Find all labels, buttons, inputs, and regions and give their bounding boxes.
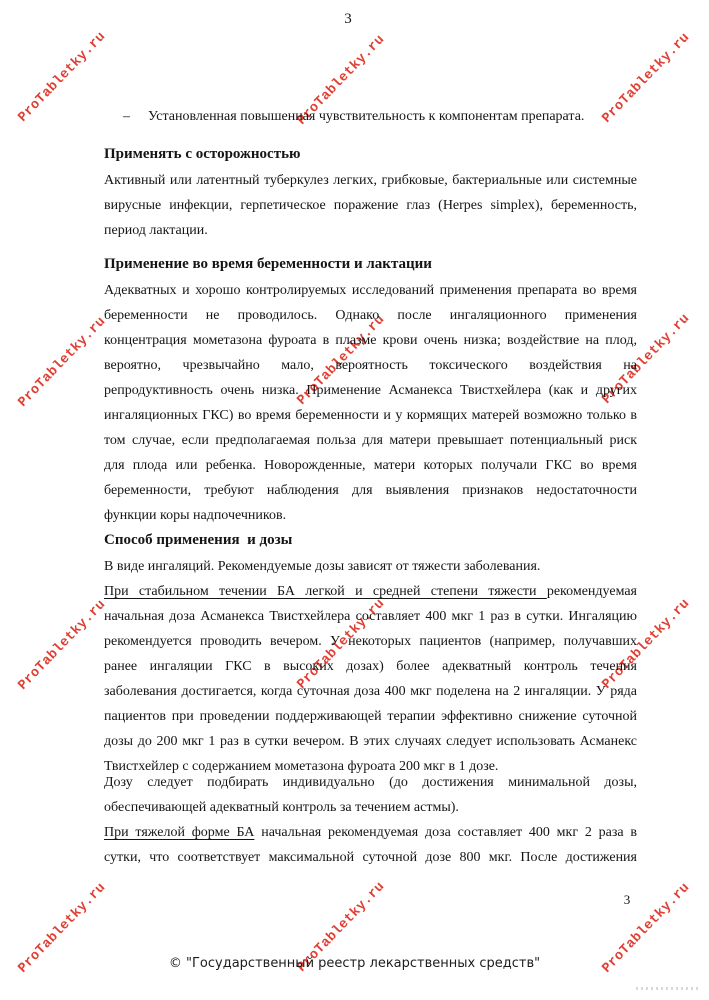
paragraph-line: обеспечивающей адекватный контроль за те…: [104, 795, 637, 820]
paragraph-caution: Активный или латентный туберкулез легких…: [104, 168, 637, 243]
paragraph-line-text: рекомендуемая: [547, 584, 637, 599]
paragraph-pregnancy: Адекватных и хорошо контролируемых иссле…: [104, 278, 637, 528]
footer-copyright: © "Государственный реестр лекарственных …: [0, 955, 709, 973]
paragraph-line: для плода или ребенка. Новорожденные, ма…: [104, 453, 637, 478]
paragraph-severe-asthma: При тяжелой форме БА начальная рекоменду…: [104, 820, 637, 870]
dosage-intro-line: В виде ингаляций. Рекомендуемые дозы зав…: [104, 554, 637, 579]
paragraph-line: беременности не проводилось. Однако посл…: [104, 303, 637, 328]
heading-dosage: Способ применения и дозы: [104, 530, 637, 550]
scan-artifact: [636, 987, 700, 990]
paragraph-line: Адекватных и хорошо контролируемых иссле…: [104, 278, 637, 303]
underlined-text: При тяжелой форме БА: [104, 825, 254, 840]
document-page: ProTabletky.ru ProTabletky.ru ProTabletk…: [0, 0, 709, 1000]
heading-pregnancy-lactation: Применение во время беременности и лакта…: [104, 254, 637, 274]
paragraph-line: сутки, что соответствует максимальной су…: [104, 845, 637, 870]
paragraph-line: При тяжелой форме БА начальная рекоменду…: [104, 820, 637, 845]
heading-use-with-caution: Применять с осторожностью: [104, 144, 637, 164]
paragraph-line: вероятно, чрезвычайно мало, вероятность …: [104, 353, 637, 378]
underlined-text: При стабильном течении БА легкой и средн…: [104, 584, 547, 599]
paragraph-line: пациентов при проведении поддерживающей …: [104, 704, 637, 729]
paragraph-line: Активный или латентный туберкулез легких…: [104, 168, 637, 193]
paragraph-line: ингаляционных ГКС) во время беременности…: [104, 403, 637, 428]
list-item: – Установленная повышенная чувствительно…: [0, 104, 709, 129]
list-item-dash: –: [123, 104, 130, 129]
list-item-text: Установленная повышенная чувствительност…: [148, 104, 584, 129]
paragraph-line: заболевания достигается, когда суточная …: [104, 679, 637, 704]
watermark: ProTabletky.ru: [16, 597, 109, 693]
paragraph-line: период лактации.: [104, 218, 637, 243]
paragraph-line: том случае, если предполагаемая польза д…: [104, 428, 637, 453]
paragraph-line: беременности, требуют наблюдения для выя…: [104, 478, 637, 503]
paragraph-line-text: начальная рекомендуемая доза составляет …: [254, 825, 637, 840]
paragraph-individual-dose: Дозу следует подбирать индивидуально (до…: [104, 770, 637, 820]
paragraph-line: функции коры надпочечников.: [104, 503, 637, 528]
paragraph-line: концентрация мометазона фуроата в плазме…: [104, 328, 637, 353]
paragraph-line: дозы до 200 мкг 1 раз в сутки вечером. В…: [104, 729, 637, 754]
paragraph-line: рекомендуется проводить вечером. У некот…: [104, 629, 637, 654]
paragraph-line: репродуктивность очень низка. Применение…: [104, 378, 637, 403]
paragraph-line: При стабильном течении БА легкой и средн…: [104, 579, 637, 604]
page-number-bottom: 3: [620, 892, 634, 908]
paragraph-mild-asthma: При стабильном течении БА легкой и средн…: [104, 579, 637, 779]
paragraph-line: вирусные инфекции, герпетическое поражен…: [104, 193, 637, 218]
paragraph-line: начальная доза Асманекса Твистхейлера со…: [104, 604, 637, 629]
watermark: ProTabletky.ru: [16, 314, 109, 410]
page-number-top: 3: [336, 10, 360, 28]
paragraph-line: Дозу следует подбирать индивидуально (до…: [104, 770, 637, 795]
paragraph-line: ранее ингаляции ГКС в высоких дозах) бол…: [104, 654, 637, 679]
